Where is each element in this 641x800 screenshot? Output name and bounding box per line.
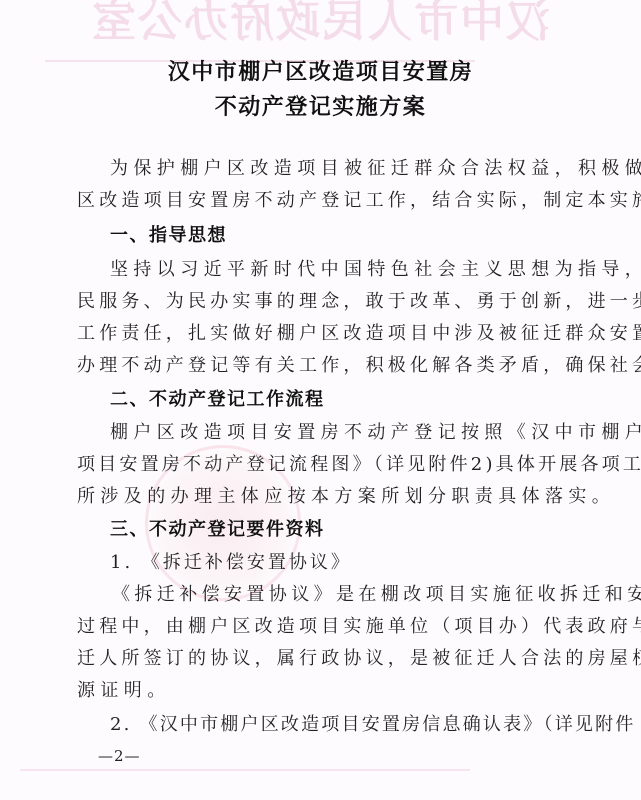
item-label: 2. 《汉中市棚户区改造项目安置房信息确认表》（详见附件 1） bbox=[110, 713, 600, 737]
letterhead-bleed-through: 汉中市人民政府办公室 bbox=[90, 0, 550, 44]
text-line: 源证明。 bbox=[77, 679, 567, 703]
section-heading: 三、不动产登记要件资料 bbox=[110, 518, 325, 542]
text-line: 《拆迁补偿安置协议》是在棚改项目实施征收拆迁和安置的 bbox=[112, 583, 602, 607]
section-heading: 二、不动产登记工作流程 bbox=[110, 388, 325, 412]
text-line: 所涉及的办理主体应按本方案所划分职责具体落实。 bbox=[77, 485, 567, 509]
text-line: 棚户区改造项目安置房不动产登记按照《汉中市棚户区改造 bbox=[110, 421, 600, 445]
section-heading: 一、指导思想 bbox=[110, 224, 227, 248]
text-line: 工作责任，扎实做好棚户区改造项目中涉及被征迁群众安置住房 bbox=[77, 322, 567, 346]
document-title-line-1: 汉中市棚户区改造项目安置房 bbox=[0, 55, 641, 86]
text-line: 坚持以习近平新时代中国特色社会主义思想为指导，秉承为 bbox=[110, 258, 600, 282]
page-number: —2— bbox=[98, 747, 141, 765]
text-line: 民服务、为民办实事的理念，敢于改革、勇于创新，进一步夯实 bbox=[77, 290, 567, 314]
text-line: 项目安置房不动产登记流程图》（详见附件2)具体开展各项工作， bbox=[77, 453, 567, 477]
text-line: 迁人所签订的协议，属行政协议，是被征迁人合法的房屋权属来 bbox=[77, 647, 567, 671]
footer-rule bbox=[20, 769, 470, 771]
text-line: 为保护棚户区改造项目被征迁群众合法权益，积极做好棚户 bbox=[110, 157, 600, 181]
document-title-line-2: 不动产登记实施方案 bbox=[0, 90, 641, 121]
text-line: 区改造项目安置房不动产登记工作，结合实际，制定本实施方案。 bbox=[77, 189, 567, 213]
item-label: 1. 《拆迁补偿安置协议》 bbox=[110, 551, 600, 575]
text-line: 过程中，由棚户区改造项目实施单位（项目办）代表政府与被征 bbox=[77, 615, 567, 639]
text-line: 办理不动产登记等有关工作，积极化解各类矛盾，确保社会稳定。 bbox=[77, 354, 567, 378]
